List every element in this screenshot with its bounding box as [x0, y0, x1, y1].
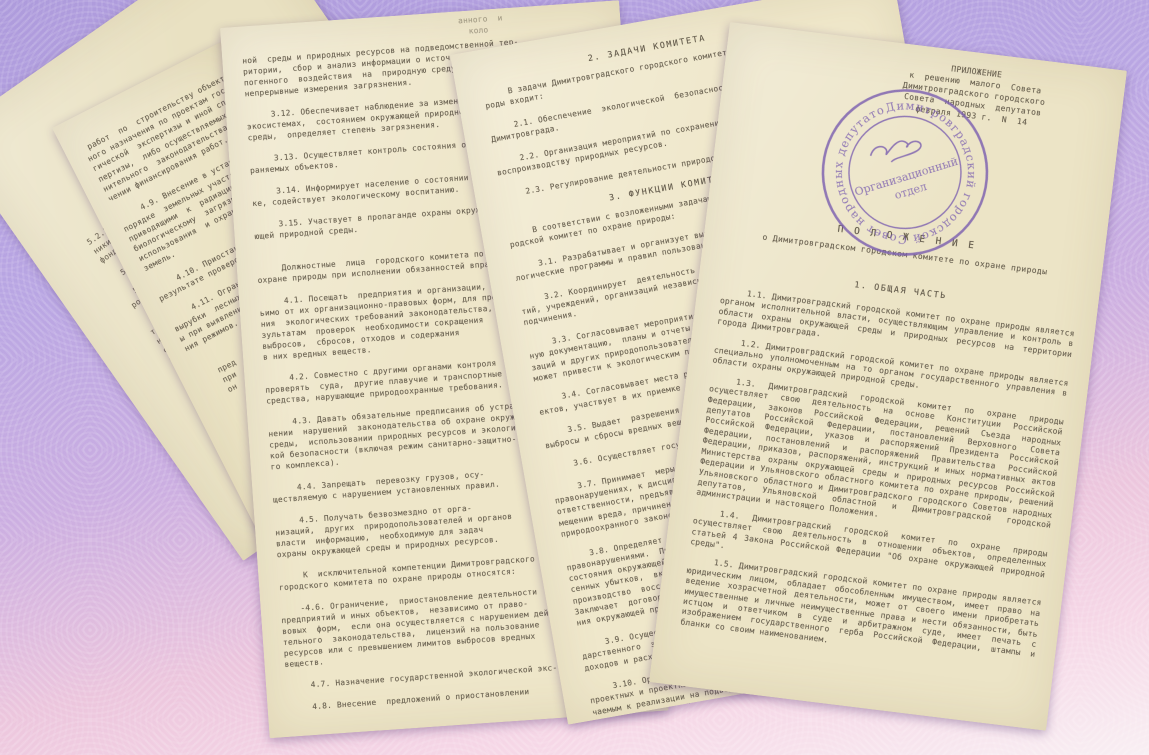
- general-part-paragraphs: 1.1. Димитровградский городской комитет …: [680, 286, 1075, 671]
- stamp-ring-text: Димитровградский городской Совет народны…: [795, 63, 997, 271]
- sheet5-content: ПРИЛОЖЕНИЕ к решению малого Совета Димит…: [649, 22, 1127, 731]
- svg-text:Димитровградский городской Сов: Димитровградский городской Совет народны…: [795, 63, 997, 271]
- document-sheet-5: ПРИЛОЖЕНИЕ к решению малого Совета Димит…: [649, 22, 1127, 731]
- scanned-documents-scene: 5.2.3. Утверждает штатное ники комитета …: [0, 0, 1149, 755]
- stamp-signature-squiggle: [869, 135, 923, 167]
